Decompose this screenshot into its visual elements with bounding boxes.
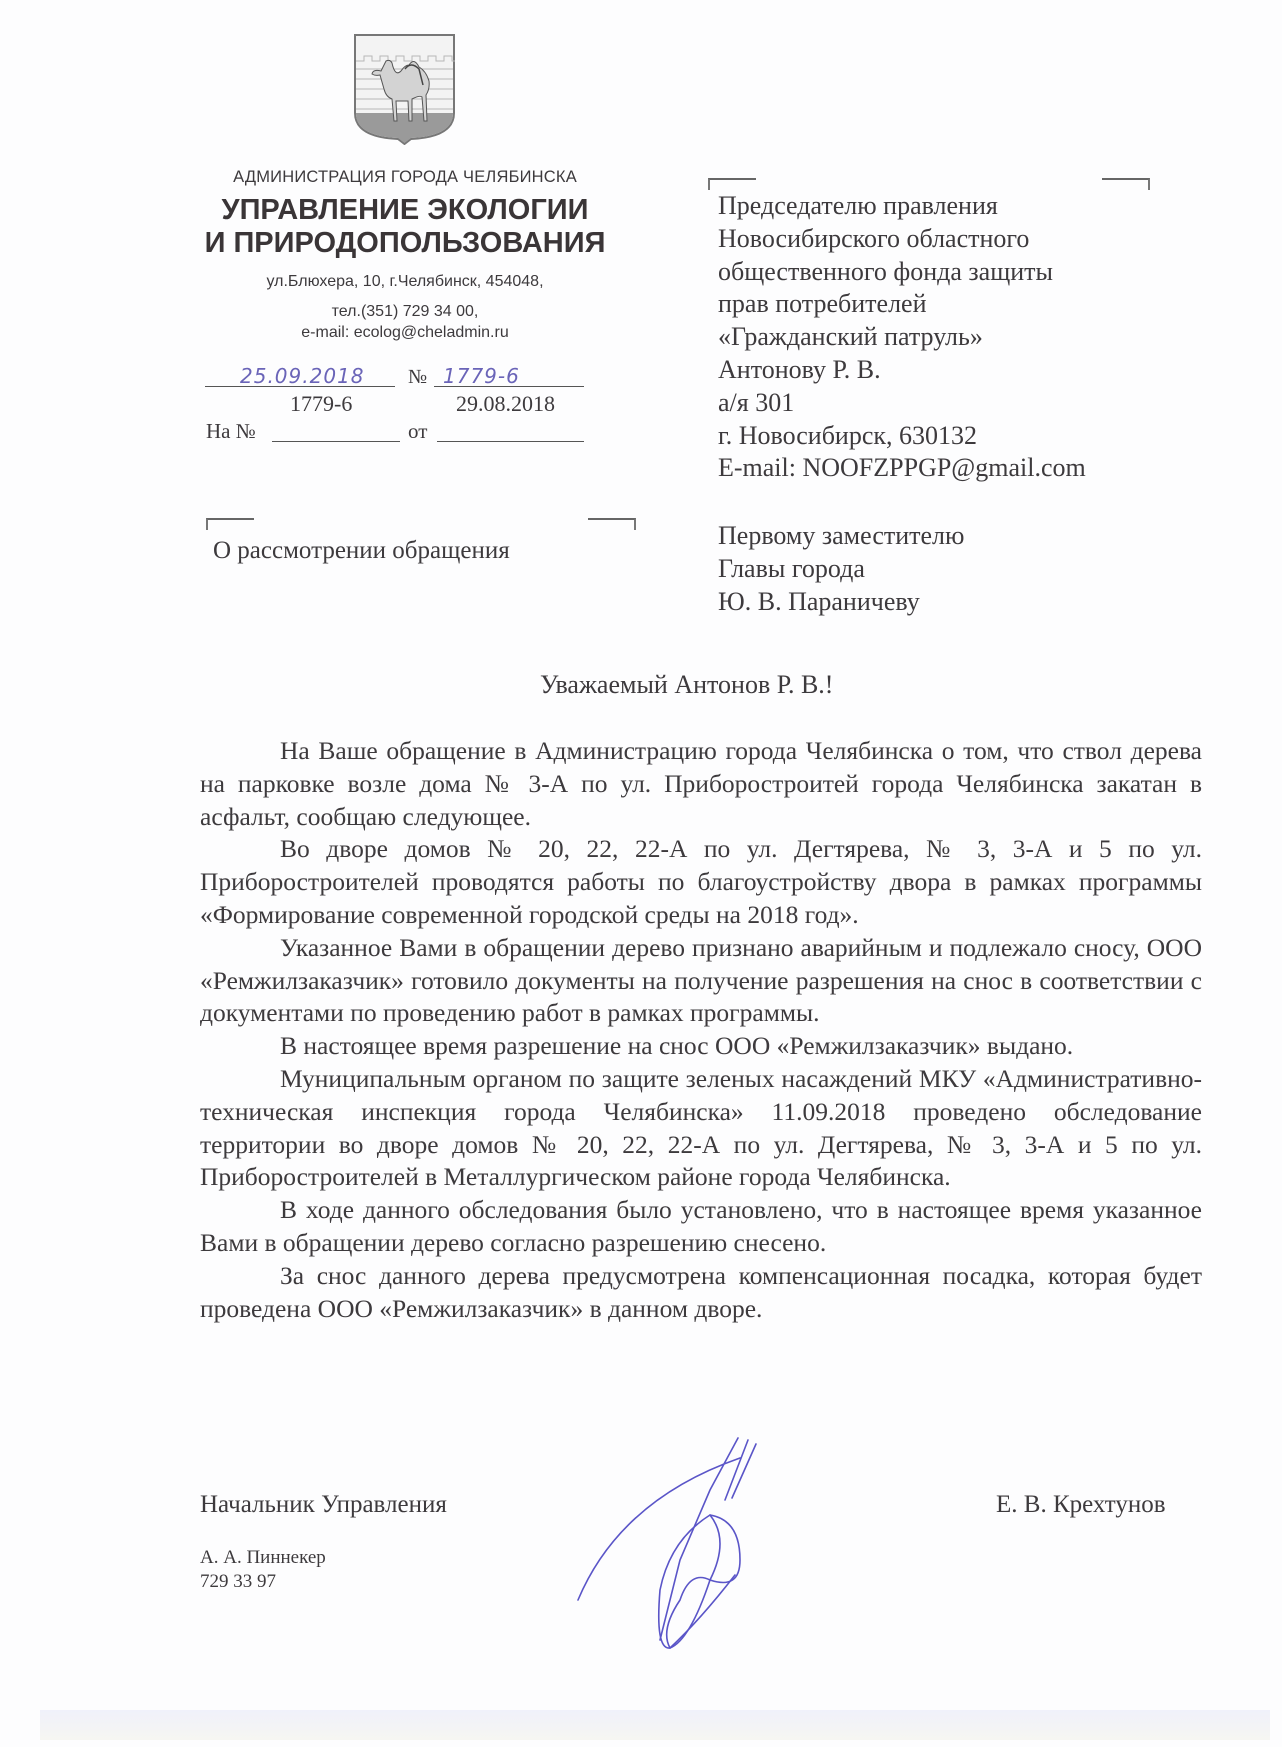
handwritten-date: 25.09.2018 bbox=[240, 364, 365, 388]
body-paragraph: В ходе данного обследования было установ… bbox=[200, 1194, 1202, 1260]
letter-body: На Ваше обращение в Администрацию города… bbox=[200, 735, 1202, 1325]
recipient-1-line: Антонову Р. В. bbox=[718, 354, 1086, 387]
recipient-2: Первому заместителю Главы города Ю. В. П… bbox=[718, 520, 964, 618]
executor-name: А. А. Пиннекер bbox=[200, 1547, 326, 1569]
address-bracket-left bbox=[708, 178, 756, 190]
salutation: Уважаемый Антонов Р. В.! bbox=[540, 670, 833, 700]
signatory-name: Е. В. Крехтунов bbox=[996, 1491, 1166, 1519]
recipient-2-line: Ю. В. Параничеву bbox=[718, 586, 964, 619]
executor-phone: 729 33 97 bbox=[200, 1571, 276, 1593]
number-underline bbox=[434, 386, 584, 387]
org-department-line2: И ПРИРОДОПОЛЬЗОВАНИЯ bbox=[190, 227, 620, 260]
recipient-1-line: Председателю правления bbox=[718, 190, 1086, 223]
recipient-1-line: г. Новосибирск, 630132 bbox=[718, 420, 1086, 453]
subject-bracket-right bbox=[588, 518, 636, 530]
org-phone: тел.(351) 729 34 00, bbox=[200, 303, 610, 321]
org-email: e-mail: ecolog@cheladmin.ru bbox=[200, 324, 610, 342]
recipient-1-line: «Гражданский патруль» bbox=[718, 321, 1086, 354]
subject-bracket-left bbox=[206, 518, 254, 530]
coat-of-arms-icon bbox=[353, 33, 456, 145]
body-paragraph: Муниципальным органом по защите зеленых … bbox=[200, 1063, 1202, 1194]
recipient-1-email: E-mail: NOOFZPPGP@gmail.com bbox=[718, 452, 1086, 485]
body-paragraph: Указанное Вами в обращении дерево призна… bbox=[200, 932, 1202, 1030]
printed-number: 1779-6 bbox=[290, 391, 352, 417]
org-department-line1: УПРАВЛЕНИЕ ЭКОЛОГИИ bbox=[190, 194, 620, 227]
body-paragraph: На Ваше обращение в Администрацию города… bbox=[200, 735, 1202, 833]
from-label: от bbox=[408, 419, 427, 444]
date-underline bbox=[205, 386, 395, 387]
scan-edge-shadow bbox=[40, 1710, 1270, 1740]
org-address: ул.Блюхера, 10, г.Челябинск, 454048, bbox=[200, 273, 610, 291]
recipient-2-line: Главы города bbox=[718, 553, 964, 586]
body-paragraph: Во дворе домов № 20, 22, 22-А по ул. Дег… bbox=[200, 833, 1202, 931]
recipient-1: Председателю правления Новосибирского об… bbox=[718, 190, 1086, 485]
reply-to-underline bbox=[272, 441, 400, 442]
address-bracket-right bbox=[1102, 178, 1150, 190]
org-administration: АДМИНИСТРАЦИЯ ГОРОДА ЧЕЛЯБИНСКА bbox=[200, 168, 610, 187]
number-label: № bbox=[408, 366, 427, 389]
recipient-1-line: а/я 301 bbox=[718, 387, 1086, 420]
body-paragraph: За снос данного дерева предусмотрена ком… bbox=[200, 1260, 1202, 1326]
from-underline bbox=[437, 441, 584, 442]
subject: О рассмотрении обращения bbox=[213, 537, 510, 565]
recipient-1-line: Новосибирского областного bbox=[718, 223, 1086, 256]
body-paragraph: В настоящее время разрешение на снос ООО… bbox=[200, 1030, 1202, 1063]
org-department: УПРАВЛЕНИЕ ЭКОЛОГИИ И ПРИРОДОПОЛЬЗОВАНИЯ bbox=[190, 194, 620, 260]
handwritten-signature-icon bbox=[560, 1420, 800, 1660]
recipient-1-line: общественного фонда защиты bbox=[718, 256, 1086, 289]
handwritten-number: 1779-6 bbox=[443, 364, 520, 388]
printed-date: 29.08.2018 bbox=[456, 391, 555, 417]
reply-to-label: На № bbox=[206, 419, 256, 444]
signatory-title: Начальник Управления bbox=[200, 1491, 447, 1519]
recipient-1-line: прав потребителей bbox=[718, 288, 1086, 321]
recipient-2-line: Первому заместителю bbox=[718, 520, 964, 553]
